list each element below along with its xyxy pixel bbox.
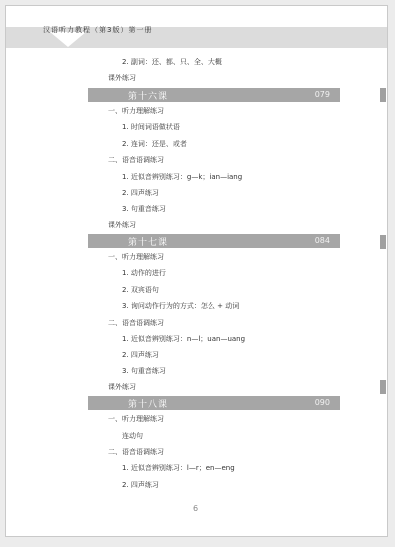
toc-entry[interactable]: 1. 时间词语做状语 — [122, 122, 180, 132]
lesson-heading-bar[interactable]: 第十七课084 — [88, 234, 340, 248]
toc-entry[interactable]: 二、语音语调练习 — [108, 155, 164, 165]
toc-entry[interactable]: 二、语音语调练习 — [108, 318, 164, 328]
toc-entry[interactable]: 课外练习 — [108, 382, 136, 392]
toc-entry[interactable]: 2. 连词：还是、或者 — [122, 139, 187, 149]
lesson-page-number: 090 — [315, 398, 330, 407]
document-page — [5, 5, 388, 537]
side-bookmark-tab[interactable] — [380, 88, 386, 102]
lesson-page-number: 084 — [315, 236, 330, 245]
toc-entry[interactable]: 一、听力理解练习 — [108, 252, 164, 262]
toc-entry[interactable]: 1. 近似音辨别练习：l—r；en—eng — [122, 463, 235, 473]
toc-entry[interactable]: 课外练习 — [108, 220, 136, 230]
lesson-heading-bar[interactable]: 第十六课079 — [88, 88, 340, 102]
lesson-page-number: 079 — [315, 90, 330, 99]
toc-entry[interactable]: 1. 近似音辨别练习：g—k；ian—iang — [122, 172, 242, 182]
toc-entry[interactable]: 3. 句重音练习 — [122, 366, 166, 376]
toc-entry[interactable]: 2. 四声练习 — [122, 188, 159, 198]
toc-entry[interactable]: 一、听力理解练习 — [108, 106, 164, 116]
toc-entry[interactable]: 2. 双宾语句 — [122, 285, 159, 295]
lesson-title: 第十七课 — [128, 235, 168, 248]
toc-entry[interactable]: 课外练习 — [108, 73, 136, 83]
toc-entry[interactable]: 一、听力理解练习 — [108, 414, 164, 424]
page-number: 6 — [193, 504, 198, 513]
side-bookmark-tab[interactable] — [380, 380, 386, 394]
book-title: 汉语听力教程（第3版）第一册 — [43, 25, 152, 35]
toc-entry[interactable]: 1. 近似音辨别练习：n—l；uan—uang — [122, 334, 245, 344]
lesson-title: 第十六课 — [128, 89, 168, 102]
toc-entry[interactable]: 二、语音语调练习 — [108, 447, 164, 457]
toc-entry[interactable]: 3. 询问动作行为的方式：怎么 + 动词 — [122, 301, 239, 311]
toc-entry[interactable]: 1. 动作的进行 — [122, 268, 166, 278]
toc-entry[interactable]: 连动句 — [122, 431, 143, 441]
side-bookmark-tab[interactable] — [380, 235, 386, 249]
toc-entry[interactable]: 2. 四声练习 — [122, 480, 159, 490]
toc-entry[interactable]: 2. 四声练习 — [122, 350, 159, 360]
lesson-heading-bar[interactable]: 第十八课090 — [88, 396, 340, 410]
toc-entry[interactable]: 3. 句重音练习 — [122, 204, 166, 214]
lesson-title: 第十八课 — [128, 397, 168, 410]
toc-entry[interactable]: 2. 副词：还、都、只、全、大概 — [122, 57, 222, 67]
